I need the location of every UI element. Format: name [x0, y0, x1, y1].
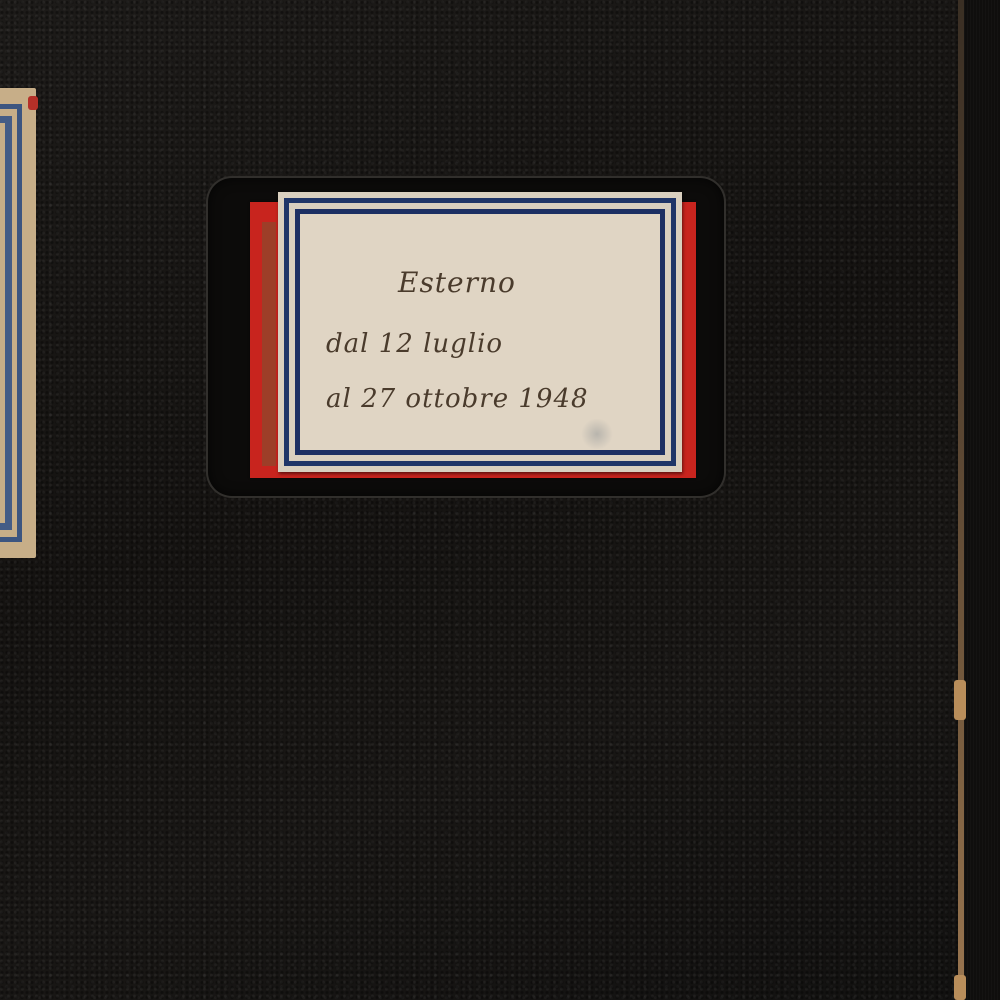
side-label-fragment	[0, 88, 36, 558]
label-inner-border: Esterno dal 12 luglio al 27 ottobre 1948	[295, 209, 665, 455]
side-label-inner-border	[0, 116, 12, 530]
edge-wear-mark	[954, 680, 966, 720]
label-stain-stripe	[262, 222, 276, 466]
handwritten-label: Esterno dal 12 luglio al 27 ottobre 1948	[278, 192, 682, 472]
notebook-spine	[964, 0, 1000, 1000]
label-date-from: dal 12 luglio	[326, 329, 503, 359]
label-date-to: al 27 ottobre 1948	[326, 384, 589, 414]
label-title: Esterno	[398, 266, 516, 299]
notebook-cover	[0, 0, 962, 1000]
ink-smudge	[580, 419, 614, 449]
edge-wear-mark	[954, 975, 966, 1000]
side-red-mark	[28, 96, 38, 110]
